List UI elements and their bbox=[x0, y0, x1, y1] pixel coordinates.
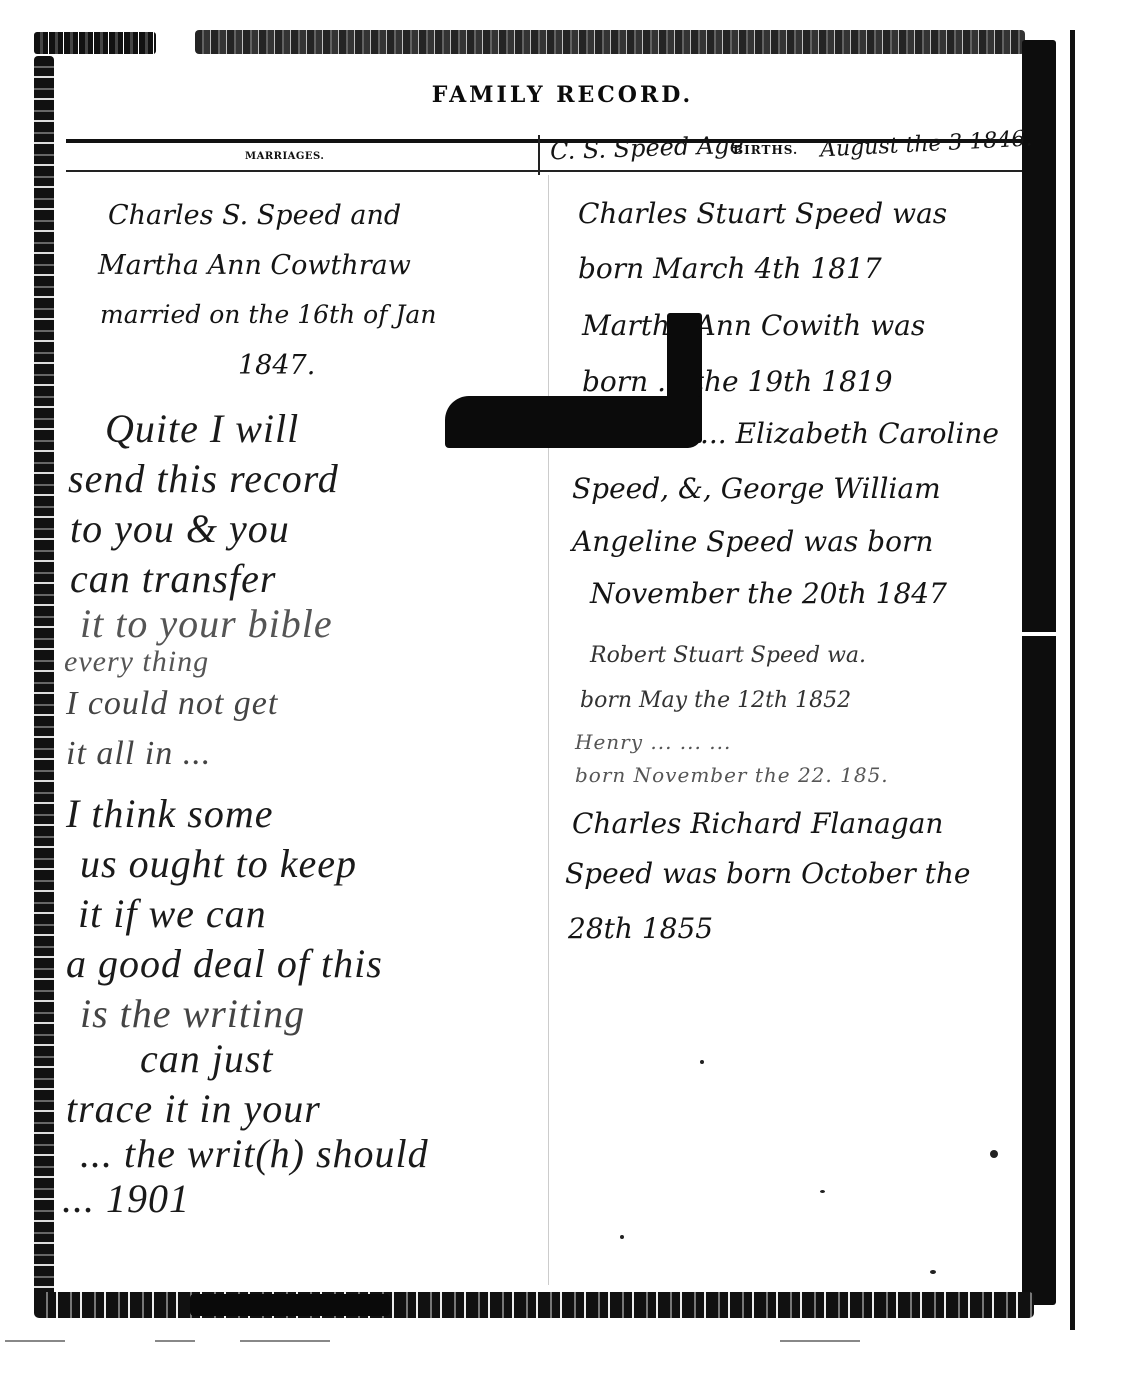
header-handwritten-annotation-right: August the 3 1846. bbox=[820, 128, 1033, 161]
scan-speckle bbox=[700, 1060, 704, 1064]
birth-entry-line: Robert Stuart Speed wa. bbox=[590, 645, 866, 667]
note-line: ... the writ(h) should bbox=[80, 1130, 429, 1177]
marriage-entry-line: Martha Ann Cowthraw bbox=[98, 252, 411, 279]
note-line: send this record bbox=[68, 455, 339, 502]
note-line: ... 1901 bbox=[62, 1175, 190, 1222]
note-line: can transfer bbox=[70, 555, 276, 602]
ornamental-border-bottom bbox=[34, 1292, 1034, 1318]
birth-entry-line: Henry ... ... ... bbox=[575, 732, 731, 752]
column-divider-body bbox=[548, 175, 549, 1285]
birth-entry-line: Charles Richard Flanagan bbox=[572, 810, 943, 838]
birth-entry-line: born November the 22. 185. bbox=[575, 765, 889, 785]
scan-speckle bbox=[930, 1270, 936, 1274]
birth-entry-line: born March 4th 1817 bbox=[578, 255, 882, 283]
scan-artifact-line bbox=[155, 1340, 195, 1342]
note-line: to you & you bbox=[70, 505, 290, 552]
note-line: I think some bbox=[66, 790, 274, 837]
note-line: a good deal of this bbox=[66, 940, 383, 987]
ornamental-border-top bbox=[195, 30, 1025, 54]
birth-entry-line: Speed, &, George William bbox=[572, 475, 941, 503]
scan-artifact-line bbox=[780, 1340, 860, 1342]
header-rule-bottom bbox=[66, 170, 1022, 172]
marriage-entry-line: 1847. bbox=[238, 352, 315, 379]
birth-entry-line: 28th 1855 bbox=[568, 915, 713, 943]
birth-entry-line: Speed was born October the bbox=[565, 860, 970, 888]
note-line: Quite I will bbox=[105, 405, 299, 452]
marriages-column-header: MARRIAGES. bbox=[245, 151, 324, 162]
note-line: us ought to keep bbox=[80, 840, 357, 887]
birth-entry-line: ... Elizabeth Caroline bbox=[700, 420, 999, 448]
border-gap bbox=[1022, 632, 1056, 636]
note-line: trace it in your bbox=[66, 1085, 321, 1132]
marriage-entry-line: married on the 16th of Jan bbox=[100, 302, 436, 327]
ornamental-border-bottom-dark bbox=[190, 1294, 390, 1316]
birth-entry-line: Charles Stuart Speed was bbox=[578, 200, 947, 228]
birth-entry-line: born ... the 19th 1819 bbox=[582, 368, 893, 396]
marriage-entry-line: Charles S. Speed and bbox=[108, 202, 401, 229]
note-line: it if we can bbox=[78, 890, 267, 937]
birth-entry-line: Angeline Speed was born bbox=[572, 528, 933, 556]
ornamental-border-corner bbox=[34, 32, 156, 54]
note-line: it to your bible bbox=[80, 600, 333, 647]
ink-blot-redaction bbox=[445, 396, 702, 448]
header-handwritten-annotation-left: C. S. Speed Age bbox=[550, 133, 744, 164]
scan-speckle bbox=[820, 1190, 825, 1193]
note-line: can just bbox=[140, 1035, 274, 1082]
scan-speckle bbox=[990, 1150, 998, 1158]
scan-speckle bbox=[620, 1235, 624, 1239]
family-record-page: FAMILY RECORD. MARRIAGES. C. S. Speed Ag… bbox=[0, 0, 1125, 1384]
column-divider bbox=[538, 135, 540, 175]
scan-artifact-line bbox=[5, 1340, 65, 1342]
birth-entry-line: November the 20th 1847 bbox=[590, 580, 947, 608]
note-line: it all in ... bbox=[66, 735, 211, 773]
ornamental-border-left bbox=[34, 56, 54, 1306]
scan-artifact-line bbox=[240, 1340, 330, 1342]
birth-entry-line: Martha Ann Cowith was bbox=[582, 312, 925, 340]
page-title: FAMILY RECORD. bbox=[0, 82, 1125, 108]
births-column-header: BIRTHS. bbox=[733, 143, 798, 157]
birth-entry-line: born May the 12th 1852 bbox=[580, 690, 851, 712]
note-line: I could not get bbox=[66, 685, 278, 723]
outer-page-edge-line bbox=[1070, 30, 1075, 1330]
ornamental-border-right bbox=[1022, 40, 1056, 1305]
note-line: every thing bbox=[64, 645, 209, 679]
note-line: is the writing bbox=[80, 990, 305, 1037]
